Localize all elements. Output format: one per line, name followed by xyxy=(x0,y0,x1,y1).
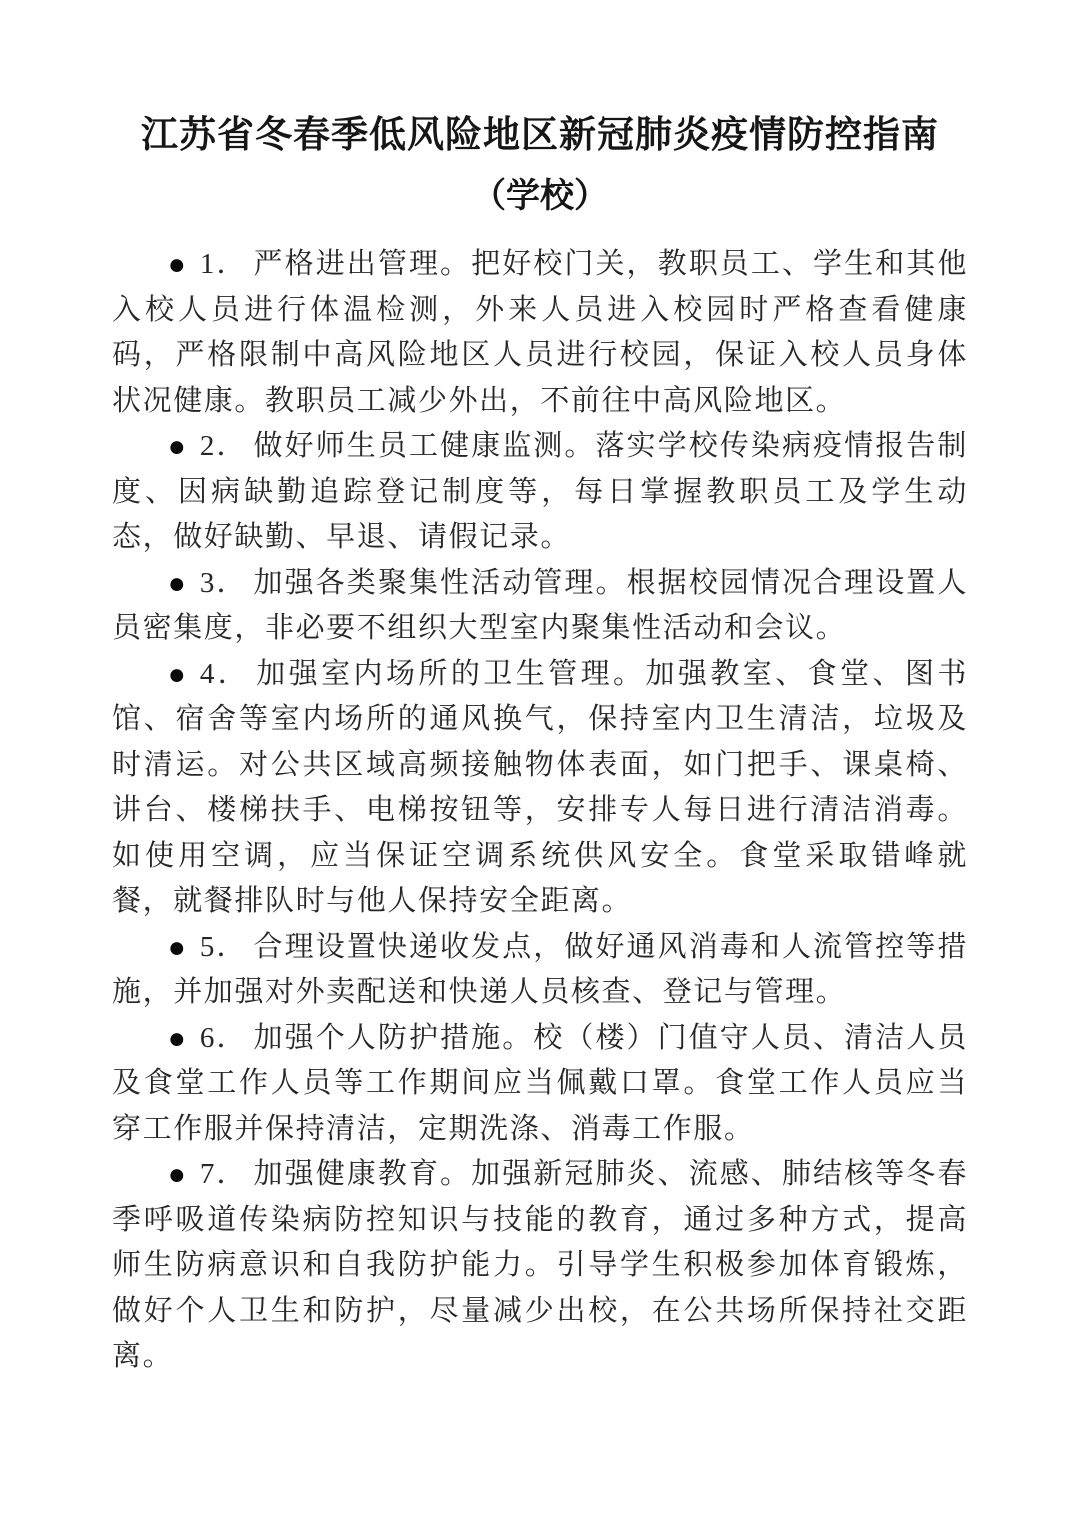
list-item: ●7．加强健康教育。加强新冠肺炎、流感、肺结核等冬春季呼吸道传染病防控知识与技能… xyxy=(112,1152,968,1380)
document-subtitle: （学校） xyxy=(112,174,968,218)
bullet-icon: ● xyxy=(167,421,187,473)
item-number: 3． xyxy=(200,567,248,599)
list-item: ●1．严格进出管理。把好校门关，教职员工、学生和其他入校人员进行体温检测，外来人… xyxy=(112,242,968,424)
item-number: 6． xyxy=(200,1022,248,1054)
document-body: ●1．严格进出管理。把好校门关，教职员工、学生和其他入校人员进行体温检测，外来人… xyxy=(112,242,968,1380)
bullet-icon: ● xyxy=(167,921,187,973)
item-text: 加强室内场所的卫生管理。加强教室、食堂、图书馆、宿舍等室内场所的通风换气，保持室… xyxy=(112,658,968,918)
item-number: 5． xyxy=(200,931,248,963)
bullet-icon: ● xyxy=(167,1012,187,1064)
document-content: 江苏省冬春季低风险地区新冠肺炎疫情防控指南 （学校） ●1．严格进出管理。把好校… xyxy=(0,0,1080,1380)
list-item: ●6．加强个人防护措施。校（楼）门值守人员、清洁人员及食堂工作人员等工作期间应当… xyxy=(112,1016,968,1153)
list-item: ●5．合理设置快递收发点，做好通风消毒和人流管控等措施，并加强对外卖配送和快递人… xyxy=(112,925,968,1016)
item-number: 2． xyxy=(200,430,248,462)
document-title: 江苏省冬春季低风险地区新冠肺炎疫情防控指南 xyxy=(112,112,968,158)
item-number: 1． xyxy=(200,248,248,280)
document-page: 江苏省冬春季低风险地区新冠肺炎疫情防控指南 （学校） ●1．严格进出管理。把好校… xyxy=(0,0,1080,1527)
list-item: ●3．加强各类聚集性活动管理。根据校园情况合理设置人员密集度，非必要不组织大型室… xyxy=(112,561,968,652)
bullet-icon: ● xyxy=(167,1149,187,1201)
bullet-icon: ● xyxy=(167,557,187,609)
list-item: ●4．加强室内场所的卫生管理。加强教室、食堂、图书馆、宿舍等室内场所的通风换气，… xyxy=(112,652,968,925)
item-text: 加强健康教育。加强新冠肺炎、流感、肺结核等冬春季呼吸道传染病防控知识与技能的教育… xyxy=(112,1158,968,1372)
bullet-icon: ● xyxy=(167,648,187,700)
item-number: 7． xyxy=(200,1158,248,1190)
bullet-icon: ● xyxy=(167,239,187,291)
item-number: 4． xyxy=(200,658,250,690)
list-item: ●2．做好师生员工健康监测。落实学校传染病疫情报告制度、因病缺勤追踪登记制度等，… xyxy=(112,424,968,561)
